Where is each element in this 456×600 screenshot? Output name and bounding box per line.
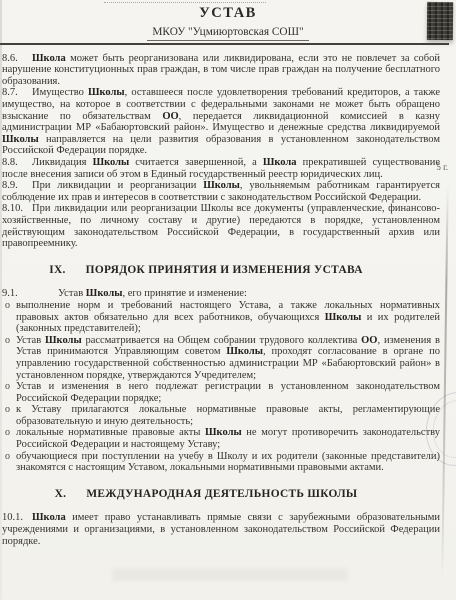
bullet-marker: o <box>5 300 10 312</box>
paragraph-number: 8.7. <box>2 87 32 99</box>
text-run: , его принятие и изменение: <box>122 288 247 299</box>
ink-stamp-mark <box>427 2 453 40</box>
bold-text-run: Школы <box>88 87 125 98</box>
section-number: X. <box>55 488 67 500</box>
bold-text-run: Школы <box>226 346 263 357</box>
paragraph-number: 8.8. <box>2 157 32 169</box>
text-run: При ликвидации или реорганизации Школы в… <box>2 203 440 249</box>
text-run: Устав и изменения в него подлежат регист… <box>16 381 440 404</box>
document-paragraph: 8.10.При ликвидации или реорганизации Шк… <box>2 203 440 249</box>
document-paragraph: 8.8.Ликвидация Школы считается завершенн… <box>2 157 440 180</box>
document-title: УСТАВ <box>0 5 456 22</box>
paragraph-number: 8.6. <box>2 53 32 65</box>
bullet-item: oобучающиеся при поступлении на учебу в … <box>2 451 440 474</box>
text-run: считается завершенной, а <box>129 157 263 168</box>
section-heading: IX.ПОРЯДОК ПРИНЯТИЯ И ИЗМЕНЕНИЯ УСТАВА <box>2 265 410 277</box>
section-title: ПОРЯДОК ПРИНЯТИЯ И ИЗМЕНЕНИЯ УСТАВА <box>86 264 363 276</box>
paragraph-number: 10.1. <box>2 512 32 524</box>
text-run: Ликвидация <box>32 157 93 168</box>
document-paragraph: 8.7.Имущество Школы, оставшееся после уд… <box>2 87 440 157</box>
section-number: IX. <box>49 264 65 276</box>
document-subtitle: МКОУ "Уцмиюртовская СОШ" <box>147 26 308 41</box>
document-paragraph: 8.9.При ликвидации и реорганизации Школы… <box>2 180 440 203</box>
bold-text-run: Школы <box>93 157 130 168</box>
bold-text-run: ОО <box>162 111 178 122</box>
margin-note: 5 г. <box>436 162 448 172</box>
document-paragraph: 8.6.Школа может быть реорганизована или … <box>2 53 440 88</box>
text-run: может быть реорганизована или ликвидиров… <box>2 53 440 87</box>
bold-text-run: Школа <box>32 53 66 64</box>
bold-text-run: Школы <box>86 288 123 299</box>
bold-text-run: ОО <box>361 335 377 346</box>
bullet-marker: o <box>5 335 10 347</box>
text-run: обучающиеся при поступлении на учебу в Ш… <box>16 451 440 474</box>
document-body: 8.6.Школа может быть реорганизована или … <box>0 45 456 548</box>
text-run: имеет право устанавливать прямые связи с… <box>2 512 440 546</box>
bullet-marker: o <box>5 427 10 439</box>
bold-text-run: Школы <box>2 134 39 145</box>
text-run: к Уставу прилагаются локальные нормативн… <box>16 404 440 427</box>
text-run: Устав <box>58 288 86 299</box>
bullet-item: oлокальные нормативные правовые акты Шко… <box>2 427 440 450</box>
bullet-item: oУстав Школы рассматривается на Общем со… <box>2 335 440 381</box>
section-title: МЕЖДУНАРОДНАЯ ДЕЯТЕЛЬНОСТЬ ШКОЛЫ <box>86 488 357 500</box>
bold-text-run: Школы <box>45 335 82 346</box>
bold-text-run: Школы <box>205 427 242 438</box>
section-heading: X.МЕЖДУНАРОДНАЯ ДЕЯТЕЛЬНОСТЬ ШКОЛЫ <box>2 489 410 501</box>
bullet-item: oУстав и изменения в него подлежат регис… <box>2 381 440 404</box>
scan-artifact-dots <box>104 2 266 3</box>
paragraph-number: 9.1. <box>2 288 58 300</box>
text-run: локальные нормативные правовые акты <box>16 427 205 438</box>
bold-text-run: Школы <box>325 312 362 323</box>
text-run: Устав <box>16 335 45 346</box>
text-run: При ликвидации и реорганизации <box>32 180 203 191</box>
text-run: Имущество <box>32 87 88 98</box>
scanned-document-page: УСТАВ МКОУ "Уцмиюртовская СОШ" 8.6.Школа… <box>0 0 456 600</box>
text-run: направляется на цели развития образовани… <box>2 134 440 157</box>
bold-text-run: Школа <box>263 157 297 168</box>
bullet-marker: o <box>5 404 10 416</box>
bullet-marker: o <box>5 381 10 393</box>
document-paragraph: 10.1.Школа имеет право устанавливать пря… <box>2 512 440 547</box>
bold-text-run: Школа <box>32 512 66 523</box>
paragraph-number: 8.9. <box>2 180 32 192</box>
paragraph-number: 8.10. <box>2 203 32 215</box>
bullet-item: oвыполнение норм и требований настоящего… <box>2 300 440 335</box>
bullet-item: oк Уставу прилагаются локальные норматив… <box>2 404 440 427</box>
bullet-marker: o <box>5 451 10 463</box>
bold-text-run: Школы <box>203 180 240 191</box>
document-header: УСТАВ МКОУ "Уцмиюртовская СОШ" <box>0 0 456 45</box>
document-paragraph: 9.1.Устав Школы, его принятие и изменени… <box>2 288 440 300</box>
text-run: рассматривается на Общем собрании трудов… <box>82 335 361 346</box>
scan-smudge <box>112 568 348 581</box>
